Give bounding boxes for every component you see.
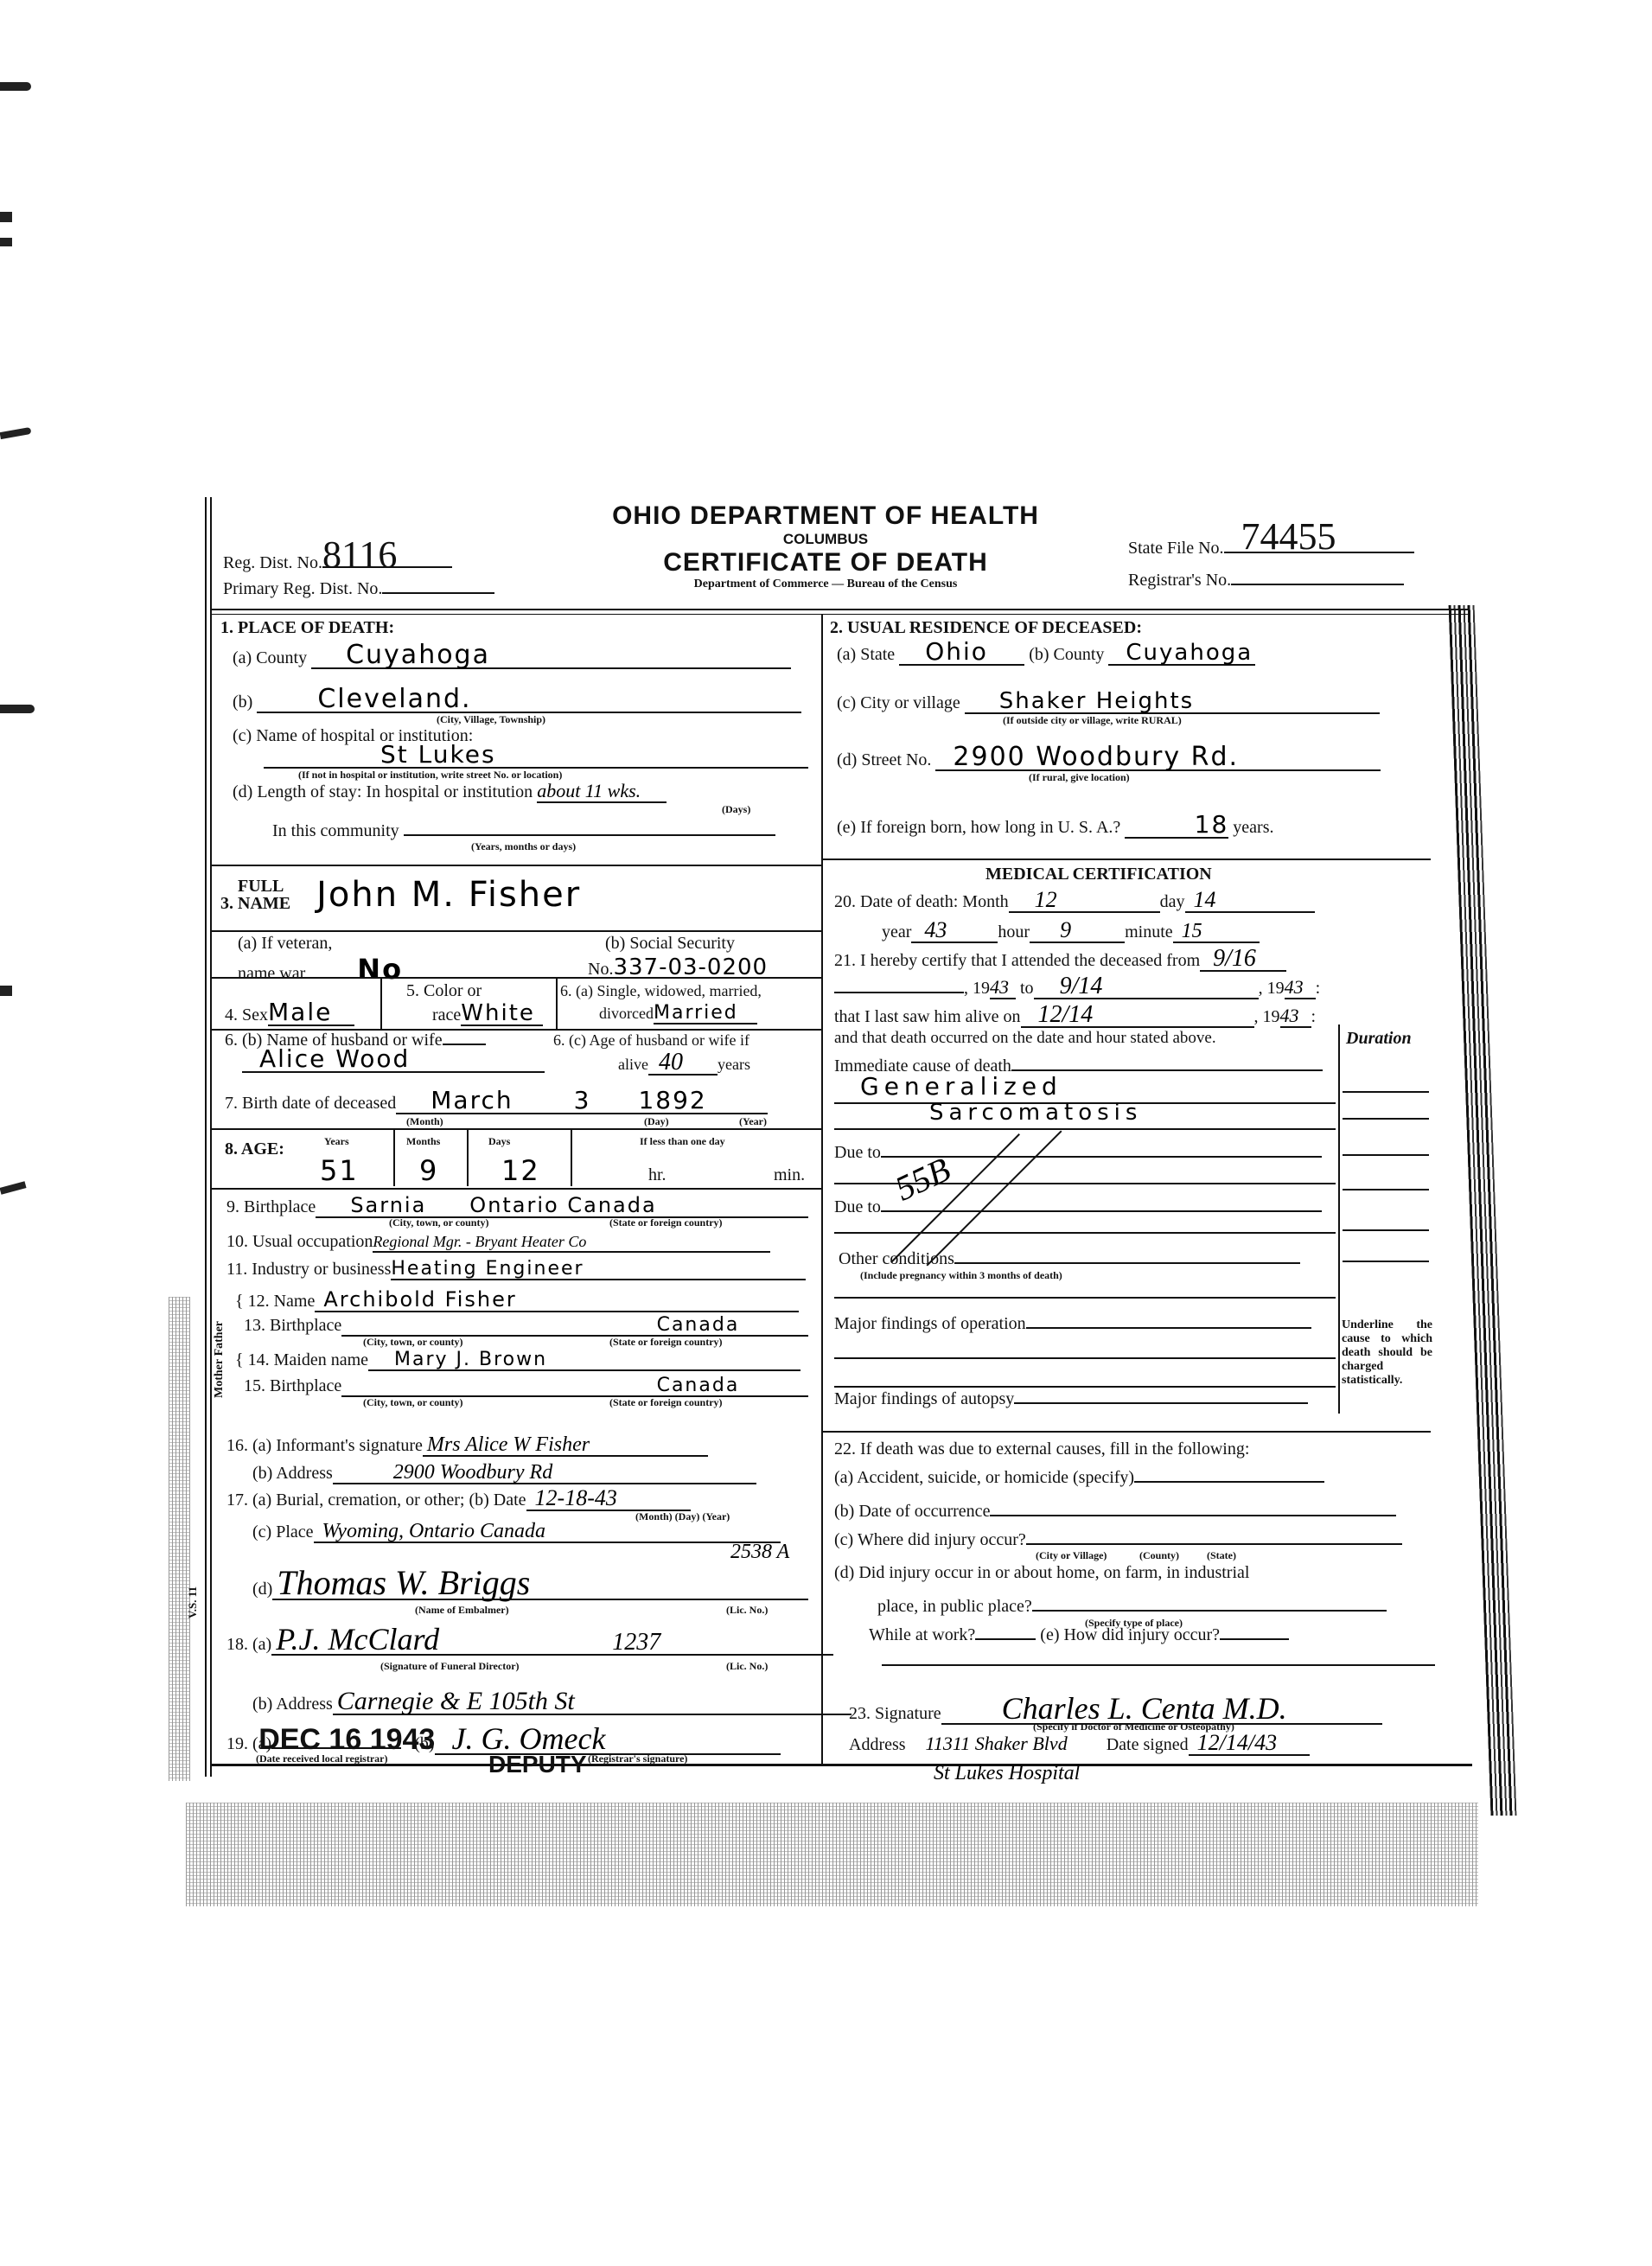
attended-from-year: 43 [990,976,1009,998]
registrar-hint: (Registrar's signature) [588,1752,687,1765]
mother-birthplace-label: 15. Birthplace [244,1376,341,1395]
underline-note: Underline the cause to which death shoul… [1342,1318,1432,1388]
industry-value: Heating Engineer [391,1258,584,1280]
date-signed-value: 12/14/43 [1197,1730,1277,1755]
death-year-value: 43 [924,917,947,942]
residence-city-hint: (If outside city or village, write RURAL… [830,714,1435,727]
scan-noise [186,1803,1478,1906]
hospital-value: St Lukes [380,740,496,769]
residence-bottom-rule [821,859,1431,860]
cause-line-2: Sarcomatosis [929,1100,1142,1126]
informant-field: 16. (a) Informant's signatureMrs Alice W… [226,1435,708,1457]
race-field: 5. Color or raceWhite [398,981,543,1026]
age-days-value: 12 [501,1154,540,1187]
reg-dist-label: Reg. Dist. No. [223,553,322,572]
date-signed-label: Date signed [1107,1735,1189,1754]
stay-hint: (Days) [220,803,817,816]
autopsy-row: Major findings of autopsy [834,1389,1308,1408]
residence-city-row: (c) City or village Shaker Heights [830,692,1435,714]
city-village-hint: (City or Village) [1036,1549,1107,1562]
divorced-label: divorced [599,1005,654,1022]
death-time-row: year43hour9minute15 [882,921,1260,943]
age-years-value: 51 [320,1154,359,1187]
father-tag: Father [213,1321,226,1356]
form-title-block: OHIO DEPARTMENT OF HEALTH COLUMBUS CERTI… [553,501,1098,591]
alive-label: alive [618,1056,648,1073]
deputy-stamp: DEPUTY [488,1751,587,1778]
community-row: In this community [220,821,817,840]
place-of-death-section: 1. PLACE OF DEATH: (a) County Cuyahoga (… [220,618,817,853]
war-label: name war [238,964,305,983]
parents-side-label: Mother Father [213,1294,230,1398]
residence-city-label: (c) City or village [837,693,960,712]
occupation-field: 10. Usual occupationRegional Mgr. - Brya… [226,1232,770,1253]
birth-year-value: 1892 [638,1086,706,1114]
sex-value: Male [268,998,332,1026]
spouse-age-field: 6. (c) Age of husband or wife if alive40… [553,1031,750,1076]
scan-mark [0,1181,27,1194]
day-label: day [1160,892,1185,911]
death-city-row: (b) Cleveland. [220,690,817,713]
scan-mark [0,238,12,246]
burial-date-field: 17. (a) Burial, cremation, or other; (b)… [226,1489,691,1511]
informant-signature: Mrs Alice W Fisher [427,1433,590,1456]
frame-left-inner [210,497,212,1777]
residence-street-value: 2900 Woodbury Rd. [953,742,1239,772]
form-code: V.S. 11 [186,1586,200,1618]
embalmer-hint: (Name of Embalmer) [415,1604,509,1617]
death-day-value: 14 [1194,887,1216,912]
operation-row: Major findings of operation [834,1314,1311,1333]
mother-name-label: 14. Maiden name [248,1350,368,1369]
birth-date-field: 7. Birth date of deceasedMarch31892 [225,1091,768,1114]
nineteen-prefix: 19 [1267,979,1285,998]
header-rule-2 [210,614,1468,615]
last-saw-year: 43 [1280,1005,1299,1026]
nineteen-prefix: 19 [1263,1007,1280,1026]
state-file-label: State File No. [1128,539,1224,558]
director-address-field: (b) AddressCarnegie & E 105th St [252,1692,852,1715]
burial-label: 17. (a) Burial, cremation, or other; (b)… [226,1490,526,1510]
father-name-label: 12. Name [248,1292,316,1311]
race-value: White [461,1000,535,1026]
how-injury-label: (e) How did injury occur? [1040,1625,1220,1644]
registrar-no: Registrar's No. [1128,571,1404,590]
injury-place-row: (c) Where did injury occur? [834,1530,1402,1549]
form-subtitle: Department of Commerce — Bureau of the C… [553,578,1098,591]
embalmer-lic-hint: (Lic. No.) [726,1604,768,1617]
residence-heading: 2. USUAL RESIDENCE OF DECEASED: [830,618,1435,637]
to-label: to [1020,979,1034,998]
medical-heading: MEDICAL CERTIFICATION [985,865,1212,884]
color-label: 5. Color or [398,981,543,1000]
death-city-label: (b) [233,693,252,712]
residence-section: 2. USUAL RESIDENCE OF DECEASED: (a) Stat… [830,618,1435,839]
marital-label: 6. (a) Single, widowed, married, [560,981,762,1000]
foreign-born-row: (e) If foreign born, how long in U. S. A… [830,815,1435,839]
birthplace-city-value: Sarnia [350,1193,426,1217]
year-hint: (Year) [739,1115,767,1128]
cause-line-1: Generalized [860,1072,1062,1101]
birth-day-value: 3 [574,1086,591,1114]
residence-street-hint: (If rural, give location) [830,771,1435,784]
center-divider [821,614,823,1764]
residence-city-value: Shaker Heights [999,688,1195,714]
while-at-work-label: While at work? [869,1625,975,1644]
occurrence-date-row: (b) Date of occurrence [834,1502,1396,1521]
public-place-row: place, in public place? [877,1597,1387,1616]
director-hint: (Signature of Funeral Director) [380,1660,520,1673]
marital-status-field: 6. (a) Single, widowed, married, divorce… [560,981,762,1024]
full-label: FULL [220,878,290,895]
external-causes-heading: 22. If death was due to external causes,… [834,1439,1249,1459]
death-city-value: Cleveland. [317,684,471,714]
residence-state-label: (a) State [837,645,895,664]
full-name-row: FULL 3. NAME John M. Fisher [220,878,817,912]
spouse-age-label: 6. (c) Age of husband or wife if [553,1031,750,1050]
length-of-stay-row: (d) Length of stay: In hospital or insti… [220,782,817,803]
hour-label: hour [998,922,1030,942]
spouse-value: Alice Wood [259,1044,410,1073]
last-saw-row: that I last saw him alive on12/14, 1943: [834,1005,1316,1028]
social-security-field: (b) Social Security No.337-03-0200 [588,934,768,979]
operation-label: Major findings of operation [834,1314,1026,1333]
death-month-value: 12 [1035,887,1057,912]
scan-mark [0,705,35,713]
injury-home-label: (d) Did injury occur in or about home, o… [834,1563,1249,1582]
day-hint: (Day) [644,1115,669,1128]
scan-mark [0,986,12,996]
race-label: race [432,1005,461,1024]
foreign-born-years: 18 [1195,810,1229,839]
death-date-row: 20. Date of death: Month12day14 [834,890,1315,913]
veteran-field: (a) If veteran, name warNo [238,934,403,983]
mother-city-hint: (City, town, or county) [363,1396,462,1409]
minute-label: minute [1125,922,1173,942]
hr-label: hr. [648,1165,667,1184]
due-to-label: Due to [834,1143,881,1162]
state-hint: (State) [1207,1549,1236,1562]
month-hint: (Month) [406,1115,443,1128]
other-conditions-row: Other conditions [839,1249,1300,1268]
death-county-label: (a) County [233,648,307,667]
state-file-value: 74455 [1241,527,1336,546]
director-address-value: Carnegie & E 105th St [337,1687,575,1715]
informant-address-value: 2900 Woodbury Rd [393,1461,552,1484]
embalmer-signature: Thomas W. Briggs [277,1563,530,1602]
ss-no-label: No. [588,960,613,979]
physician-address-value: 11311 Shaker Blvd [926,1733,1068,1754]
physician-address-label: Address [849,1735,906,1754]
years-label: years. [1233,818,1273,837]
birthplace-city-hint: (City, town, or county) [389,1216,488,1229]
year-label: year [882,922,911,942]
autopsy-label: Major findings of autopsy [834,1389,1014,1408]
occurrence-date-label: (b) Date of occurrence [834,1502,990,1521]
hospital-note: St Lukes Hospital [934,1762,1080,1785]
certificate-title: CERTIFICATE OF DEATH [553,548,1098,578]
informant-address-field: (b) Address2900 Woodbury Rd [252,1463,756,1484]
mother-birthplace-field: 15. BirthplaceCanada [235,1376,808,1397]
physician-address-row: Address 11311 Shaker Blvd Date signed12/… [849,1733,1310,1756]
death-county-value: Cuyahoga [346,640,490,670]
nineteen-prefix: 19 [973,979,990,998]
birthplace-field: 9. BirthplaceSarniaOntario Canada [226,1196,808,1218]
age-months-label: Months [406,1135,440,1148]
occupation-value: Regional Mgr. - Bryant Heater Co [373,1233,586,1250]
foreign-born-label: (e) If foreign born, how long in U. S. A… [837,818,1120,837]
informant-label: 16. (a) Informant's signature [226,1436,423,1455]
physician-sig-label: 23. Signature [849,1704,941,1723]
due-to-label: Due to [834,1197,881,1216]
min-label: min. [774,1165,805,1184]
birth-date-label: 7. Birth date of deceased [225,1094,396,1113]
years-unit: years [718,1056,750,1073]
mother-tag: Mother [213,1359,226,1398]
industry-field: 11. Industry or businessHeating Engineer [226,1260,806,1280]
community-hint: (Years, months or days) [220,840,817,853]
death-minute-value: 15 [1182,920,1202,942]
residence-state-county-row: (a) State Ohio (b) County Cuyahoga [830,642,1435,666]
attended-from-row: 21. I hereby certify that I attended the… [834,949,1286,972]
burial-place-field: (c) PlaceWyoming, Ontario Canada [252,1522,781,1543]
mother-birthplace-value: Canada [657,1375,740,1396]
stated-above-label: and that death occurred on the date and … [834,1029,1216,1048]
age-label: 8. AGE: [225,1139,284,1159]
director-address-label: (b) Address [252,1695,333,1714]
county-hint: (County) [1139,1549,1179,1562]
attended-from-value: 9/16 [1213,945,1256,972]
last-saw-label: that I last saw him alive on [834,1007,1021,1026]
scan-mark [0,212,12,222]
spouse-name-field: 6. (b) Name of husband or wife Alice Woo… [225,1031,545,1073]
deceased-section: FULL 3. NAME John M. Fisher [220,878,817,912]
mother-name-field: { 14. Maiden nameMary J. Brown [235,1350,800,1371]
burial-place-value: Wyoming, Ontario Canada [322,1520,545,1542]
name-label: 3. NAME [220,895,290,912]
spouse-age-value: 40 [659,1049,683,1076]
header-rule [210,609,1468,610]
certify-label: 21. I hereby certify that I attended the… [834,951,1200,970]
age-days-label: Days [488,1135,510,1148]
funeral-director-field: 18. (a)P.J. McClard1237 [226,1630,833,1656]
work-row: While at work? (e) How did injury occur? [869,1625,1289,1644]
department-title: OHIO DEPARTMENT OF HEALTH [553,501,1098,531]
director-license-value: 1237 [612,1629,660,1656]
residence-county-value: Cuyahoga [1126,640,1253,666]
residence-street-label: (d) Street No. [837,750,931,769]
veteran-label: (a) If veteran, [238,934,403,953]
hospital-hint: (If not in hospital or institution, writ… [220,769,817,782]
state-file-no: State File No.74455 [1128,539,1414,558]
death-county-row: (a) County Cuyahoga [220,646,817,669]
death-hour-value: 9 [1060,917,1071,942]
accident-label: (a) Accident, suicide, or homicide (spec… [834,1468,1134,1487]
sex-field: 4. SexMale [225,1003,354,1026]
residence-county-label: (b) County [1029,645,1104,664]
age-less-label: If less than one day [640,1135,725,1148]
due-to-row-1: Due to [834,1143,1322,1162]
father-country-hint: (State or foreign country) [609,1336,723,1349]
scan-mark [0,82,31,91]
residence-street-row: (d) Street No. 2900 Woodbury Rd. [830,748,1435,771]
father-birthplace-field: 13. BirthplaceCanada [235,1316,808,1337]
received-date-stamp: DEC 16 1943 [258,1730,435,1749]
death-date-label: 20. Date of death: Month [834,892,1009,911]
hospital-label: (c) Name of hospital or institution: [220,726,817,745]
hospital-row: St Lukes [220,745,817,769]
attended-to-year: 43 [1285,976,1304,998]
page-edges [1449,605,1517,1816]
injury-place-label: (c) Where did injury occur? [834,1530,1026,1549]
scan-noise [169,1297,190,1781]
birthplace-country-value: Ontario Canada [469,1193,656,1217]
marital-value: Married [654,1002,738,1024]
place-of-death-heading: 1. PLACE OF DEATH: [220,618,817,637]
director-label: 18. (a) [226,1635,271,1654]
residence-state-value: Ohio [925,637,988,666]
bottom-rule [210,1764,1472,1766]
place-bottom-rule [210,865,821,866]
other-conditions-label: Other conditions [839,1249,954,1268]
burial-date-value: 12-18-43 [535,1485,617,1510]
city-title: COLUMBUS [553,531,1098,548]
embalmer-license-value: 2538 A [730,1541,789,1564]
reg-dist: Reg. Dist. No.8116 [223,553,452,572]
father-birthplace-value: Canada [657,1314,740,1336]
mother-name-value: Mary J. Brown [394,1349,547,1370]
age-years-label: Years [324,1135,349,1148]
other-conditions-hint: (Include pregnancy within 3 months of de… [860,1269,1062,1282]
industry-label: 11. Industry or business [226,1260,391,1279]
received-hint: (Date received local registrar) [256,1752,387,1765]
reg-dist-value: 8116 [322,546,397,565]
primary-reg-dist: Primary Reg. Dist. No. [223,579,494,598]
scan-mark [0,427,31,439]
birth-month-value: March [431,1086,513,1114]
stay-label: (d) Length of stay: In hospital or insti… [233,782,533,801]
father-birthplace-label: 13. Birthplace [244,1316,341,1335]
occupation-label: 10. Usual occupation [226,1232,373,1251]
director-lic-hint: (Lic. No.) [726,1660,768,1673]
death-city-hint: (City, Village, Township) [220,713,817,726]
father-city-hint: (City, town, or county) [363,1336,462,1349]
director-signature: P.J. McClard [276,1622,439,1656]
attended-to-value: 9/14 [1060,973,1103,999]
father-name-value: Archibold Fisher [323,1287,516,1312]
age-months-value: 9 [419,1154,438,1187]
father-name-field: { 12. NameArchibold Fisher [235,1290,799,1312]
birthplace-label: 9. Birthplace [226,1197,316,1216]
community-label: In this community [272,821,399,840]
sex-label: 4. Sex [225,1005,268,1024]
embalmer-label: (d) [252,1580,272,1599]
embalmer-field: (d)Thomas W. Briggs [252,1573,808,1600]
last-saw-value: 12/14 [1038,1001,1094,1028]
ss-label: (b) Social Security [588,934,768,953]
burial-place-label: (c) Place [252,1522,314,1542]
informant-address-label: (b) Address [252,1464,333,1483]
attended-to-row: , 1943 to9/14, 1943: [834,977,1320,999]
accident-row: (a) Accident, suicide, or homicide (spec… [834,1468,1324,1487]
stay-value: about 11 wks. [537,780,641,801]
primary-reg-label: Primary Reg. Dist. No. [223,579,382,598]
registrar-label: Registrar's No. [1128,571,1231,590]
full-name-value: John M. Fisher [316,878,581,912]
public-place-label: place, in public place? [877,1597,1032,1616]
birthplace-country-hint: (State or foreign country) [609,1216,723,1229]
frame-left [205,497,207,1777]
mother-country-hint: (State or foreign country) [609,1396,723,1409]
duration-label: Duration [1346,1029,1412,1048]
